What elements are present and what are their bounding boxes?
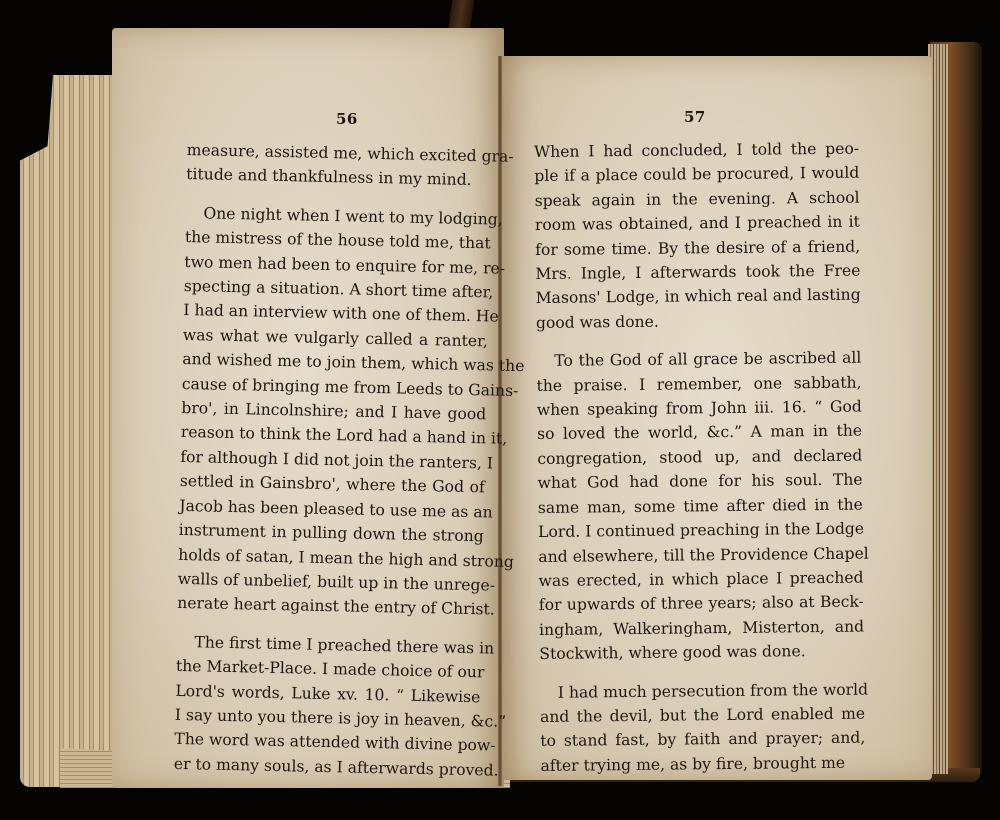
text-line: good was done. xyxy=(536,307,861,335)
text-line: was erected, in which place I preached xyxy=(538,565,863,593)
text-line: after trying me, as by fire, brought me xyxy=(540,750,865,778)
text-line: speak again in the evening. A school xyxy=(535,185,860,213)
text-line: congregation, stood up, and declared xyxy=(537,443,862,471)
right-page-text: When I had concluded, I told the peo-ple… xyxy=(534,137,866,779)
text-line: Masons' Lodge, in which real and lasting xyxy=(536,283,861,311)
text-line: when speaking from John iii. 16. “ God xyxy=(537,395,862,423)
text-line: to stand fast, by faith and prayer; and, xyxy=(540,726,865,754)
right-page-number: 57 xyxy=(684,108,706,126)
text-line: same man, some time after died in the xyxy=(538,492,863,520)
left-page-number: 56 xyxy=(336,110,358,128)
text-line: ingham, Walkeringham, Misterton, and xyxy=(539,614,864,642)
text-line: I had much persecution from the world xyxy=(540,677,865,705)
text-line: room was obtained, and I preached in it xyxy=(535,210,860,238)
text-line: Stockwith, where good was done. xyxy=(539,639,864,667)
text-line: and elsewhere, till the Providence Chape… xyxy=(538,541,863,569)
left-page-text: measure, assisted me, which excited gra-… xyxy=(174,138,492,782)
text-line: so loved the world, &c.” A man in the xyxy=(537,419,862,447)
text-line: ple if a place could be procured, I woul… xyxy=(534,161,859,189)
book-photo: 56 57 measure, assisted me, which excite… xyxy=(0,0,1000,820)
text-line: When I had concluded, I told the peo- xyxy=(534,137,859,165)
text-line: Lord. I continued preaching in the Lodge xyxy=(538,517,863,545)
text-line: what God had done for his soul. The xyxy=(537,468,862,496)
text-line: To the God of all grace be ascribed all xyxy=(536,346,861,374)
text-line: and the devil, but the Lord enabled me xyxy=(540,702,865,730)
text-line: the praise. I remember, one sabbath, xyxy=(536,370,861,398)
text-line: for upwards of three years; also at Beck… xyxy=(539,590,864,618)
text-line: for some time. By the desire of a friend… xyxy=(535,234,860,262)
text-line: Mrs. Ingle, I afterwards took the Free xyxy=(535,259,860,287)
